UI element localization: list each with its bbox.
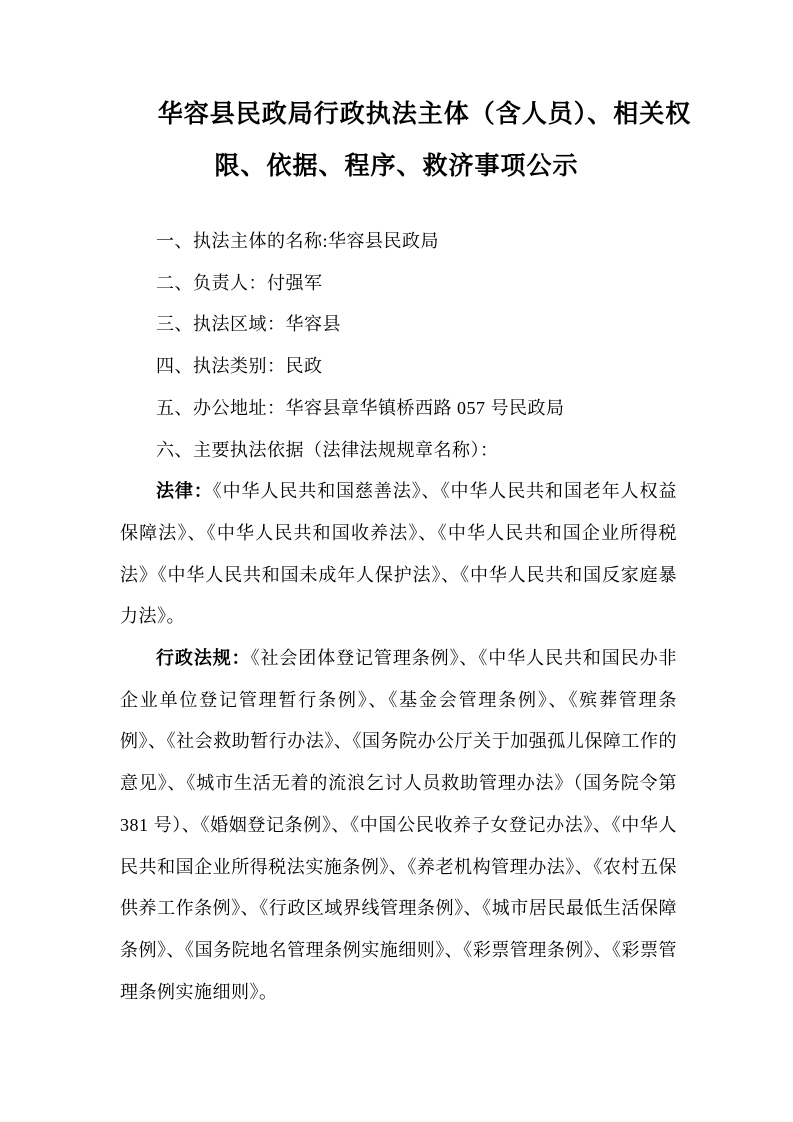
list-item-legal-basis-heading: 六、主要执法依据（法律法规规章名称）： (120, 430, 677, 472)
laws-label: 法律： (156, 481, 213, 501)
document-page: 华容县民政局行政执法主体（含人员）、相关权 限、依据、程序、救济事项公示 一、执… (0, 0, 793, 1122)
document-body: 一、执法主体的名称:华容县民政局 二、负责人：付强军 三、执法区域：华容县 四、… (0, 193, 793, 1013)
laws-paragraph: 法律：《中华人民共和国慈善法》、《中华人民共和国老年人权益保障法》、《中华人民共… (120, 471, 677, 638)
title-line-1: 华容县民政局行政执法主体（含人员）、相关权 (0, 89, 793, 141)
list-item-responsible-person: 二、负责人：付强军 (120, 263, 677, 305)
laws-text: 《中华人民共和国慈善法》、《中华人民共和国老年人权益保障法》、《中华人民共和国收… (120, 481, 677, 626)
title-line-2: 限、依据、程序、救济事项公示 (0, 141, 793, 193)
list-item-enforcement-category: 四、执法类别：民政 (120, 346, 677, 388)
document-title: 华容县民政局行政执法主体（含人员）、相关权 限、依据、程序、救济事项公示 (0, 89, 793, 193)
list-item-office-address: 五、办公地址：华容县章华镇桥西路 057 号民政局 (120, 388, 677, 430)
admin-regulations-text: 《社会团体登记管理条例》、《中华人民共和国民办非企业单位登记管理暂行条例》、《基… (120, 648, 677, 1002)
admin-regulations-paragraph: 行政法规：《社会团体登记管理条例》、《中华人民共和国民办非企业单位登记管理暂行条… (120, 638, 677, 1013)
admin-regulations-label: 行政法规： (156, 648, 251, 668)
list-item-enforcement-subject: 一、执法主体的名称:华容县民政局 (120, 221, 677, 263)
list-item-enforcement-region: 三、执法区域：华容县 (120, 304, 677, 346)
